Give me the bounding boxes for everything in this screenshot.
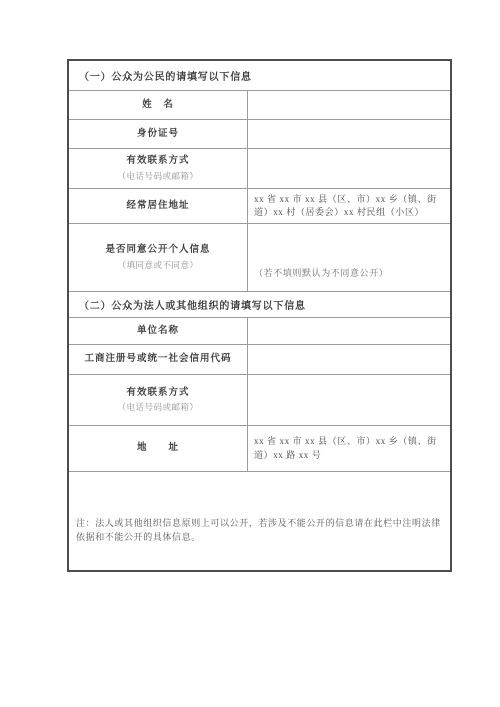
contact-citizen-value-cell	[248, 149, 450, 188]
table-row-footnote: 注：法人或其他组织信息原则上可以公开，若涉及不能公开的信息请在此栏中注明法律依据…	[69, 472, 450, 570]
section1-title: （一）公众为公民的请填写以下信息	[79, 68, 252, 83]
consent-default-note: （若不填则默认为不同意公开）	[254, 267, 388, 281]
table-row-credit-code: 工商注册号或统一社会信用代码	[69, 345, 450, 375]
contact-org-sublabel: （电话号码或邮箱）	[117, 401, 198, 413]
residential-address-label-cell: 经常居住地址	[69, 189, 248, 223]
section1-header: （一）公众为公民的请填写以下信息	[69, 61, 450, 91]
org-name-label: 单位名称	[137, 325, 179, 337]
table-row-contact-org: 有效联系方式 （电话号码或邮箱）	[69, 375, 450, 426]
footnote-text: 注：法人或其他组织信息原则上可以公开，若涉及不能公开的信息请在此栏中注明法律依据…	[69, 472, 450, 570]
table-row-id-number: 身份证号	[69, 120, 450, 149]
credit-code-value-cell	[248, 345, 450, 374]
residential-address-value-cell: xx 省 xx 市 xx 县（区、市）xx 乡（镇、街道）xx 村（居委会）xx…	[248, 189, 450, 223]
org-name-label-cell: 单位名称	[69, 318, 248, 344]
section2-header: （二）公众为法人或其他组织的请填写以下信息	[69, 292, 450, 318]
org-name-value-cell	[248, 318, 450, 344]
consent-sublabel: （填同意或不同意）	[117, 259, 198, 271]
table-row-residential-address: 经常居住地址 xx 省 xx 市 xx 县（区、市）xx 乡（镇、街道）xx 村…	[69, 189, 450, 224]
table-row-org-address: 地 址 xx 省 xx 市 xx 县（区、市）xx 乡（镇、街道）xx 路 xx…	[69, 426, 450, 472]
contact-citizen-label-cell: 有效联系方式 （电话号码或邮箱）	[69, 149, 248, 188]
contact-org-label: 有效联系方式	[126, 387, 189, 399]
name-label-cell: 姓 名	[69, 91, 248, 119]
id-number-label-cell: 身份证号	[69, 120, 248, 148]
table-row-contact-citizen: 有效联系方式 （电话号码或邮箱）	[69, 149, 450, 189]
table-row-consent: 是否同意公开个人信息 （填同意或不同意） （若不填则默认为不同意公开）	[69, 224, 450, 292]
consent-value-cell: （若不填则默认为不同意公开）	[248, 224, 450, 291]
org-address-value-cell: xx 省 xx 市 xx 县（区、市）xx 乡（镇、街道）xx 路 xx 号	[248, 426, 450, 471]
org-address-label: 地 址	[137, 442, 179, 454]
id-number-label: 身份证号	[137, 128, 179, 140]
table-row-org-name: 单位名称	[69, 318, 450, 345]
section2-title: （二）公众为法人或其他组织的请填写以下信息	[79, 297, 306, 312]
consent-label: 是否同意公开个人信息	[105, 244, 210, 256]
public-info-form-table: （一）公众为公民的请填写以下信息 姓 名 身份证号 有效联系方式 （电话号码或邮…	[67, 59, 452, 572]
form-page: （一）公众为公民的请填写以下信息 姓 名 身份证号 有效联系方式 （电话号码或邮…	[0, 0, 500, 707]
name-value-cell	[248, 91, 450, 119]
credit-code-label: 工商注册号或统一社会信用代码	[84, 353, 231, 365]
id-number-value-cell	[248, 120, 450, 148]
contact-citizen-label: 有效联系方式	[126, 155, 189, 167]
contact-org-value-cell	[248, 375, 450, 425]
contact-citizen-sublabel: （电话号码或邮箱）	[117, 170, 198, 182]
credit-code-label-cell: 工商注册号或统一社会信用代码	[69, 345, 248, 374]
table-row-name: 姓 名	[69, 91, 450, 120]
contact-org-label-cell: 有效联系方式 （电话号码或邮箱）	[69, 375, 248, 425]
name-label: 姓 名	[142, 99, 174, 111]
org-address-label-cell: 地 址	[69, 426, 248, 471]
consent-label-cell: 是否同意公开个人信息 （填同意或不同意）	[69, 224, 248, 291]
residential-address-label: 经常居住地址	[126, 200, 189, 212]
